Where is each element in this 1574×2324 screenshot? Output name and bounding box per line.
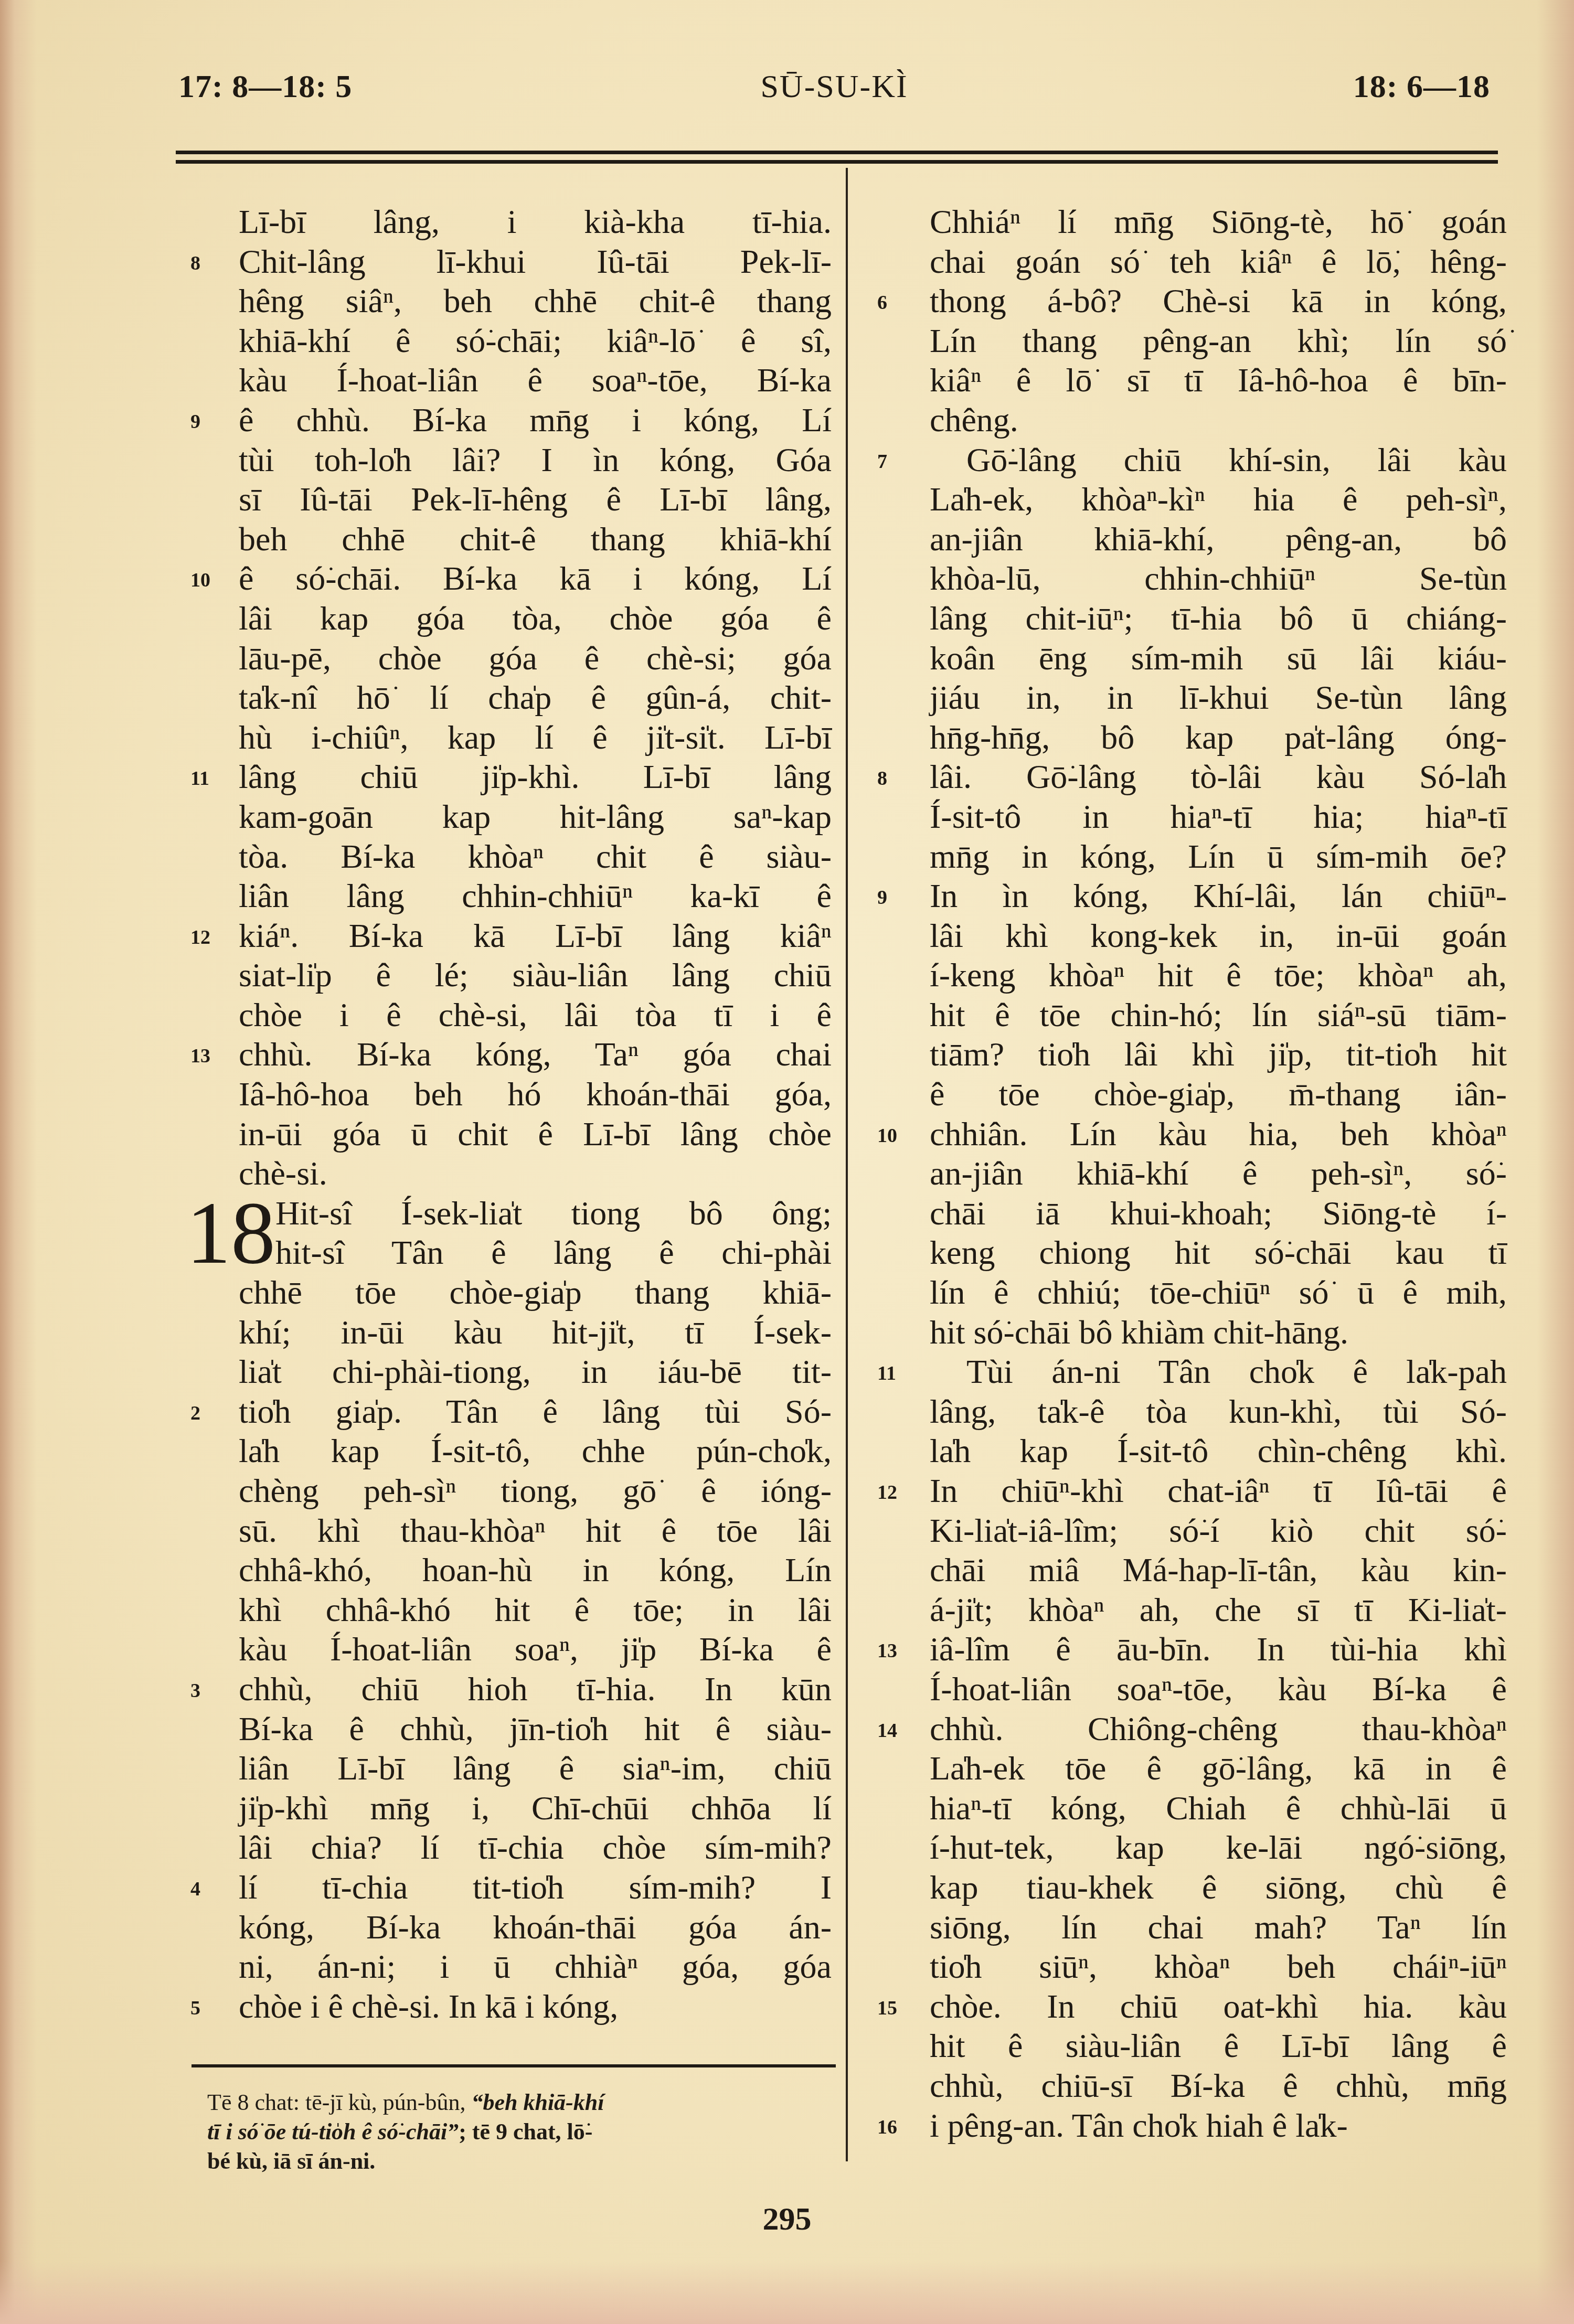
verse-number: 6 xyxy=(877,283,887,323)
line-text: hit-sî Tân ê lâng ê chi-phài xyxy=(275,1234,832,1271)
text-line: Iâ-hô-hoa beh hó khoán-thāi góa, xyxy=(239,1074,832,1114)
text-line: hit ê tōe chin-hó; lín siáⁿ-sū tiām- xyxy=(930,995,1507,1035)
text-line: kàu Í-hoat-liân soaⁿ, ji̍p Bí-ka ê xyxy=(239,1629,832,1669)
text-line: khí; in-ūi kàu hit-ji̍t, tī Í-sek- xyxy=(239,1313,832,1352)
text-line: 8lâi. Gō͘-lâng tò-lâi kàu Só-la̍h xyxy=(930,757,1507,797)
verse-number: 7 xyxy=(877,442,887,482)
line-text: tòa. Bí-ka khòaⁿ chit ê siàu- xyxy=(239,838,832,875)
right-text-column: Chhiáⁿ lí mn̄g Siōng-tè, hō͘ goánchai go… xyxy=(930,202,1507,2145)
line-text: Lī-bī lâng, i kià-kha tī-hia. xyxy=(239,203,832,240)
line-text: hit ê tōe chin-hó; lín siáⁿ-sū tiām- xyxy=(930,996,1507,1033)
line-text: chhù. Chiông-chêng thau-khòaⁿ xyxy=(930,1710,1507,1747)
text-line: Lī-bī lâng, i kià-kha tī-hia. xyxy=(239,202,832,242)
text-line: Bí-ka ê chhù, jīn-tio̍h hit ê siàu- xyxy=(239,1709,832,1749)
line-text: lí tī-chia tit-tio̍h sím-mih? I xyxy=(239,1869,832,1906)
line-text: siōng, lín chai mah? Taⁿ lín xyxy=(930,1909,1507,1946)
text-line: lâng, ta̍k-ê tòa kun-khì, tùi Só- xyxy=(930,1392,1507,1432)
running-header: 17: 8—18: 5 SŪ-SU-KÌ 18: 6—18 xyxy=(173,63,1495,115)
verse-number: 12 xyxy=(877,1473,897,1513)
line-text: In ìn kóng, Khí-lâi, lán chiūⁿ- xyxy=(930,877,1507,914)
text-line: í-keng khòaⁿ hit ê tōe; khòaⁿ ah, xyxy=(930,955,1507,995)
header-right-reference: 18: 6—18 xyxy=(1353,68,1490,105)
text-line: chhē tōe chòe-gia̍p thang khiā- xyxy=(239,1273,832,1313)
text-line: lâi kap góa tòa, chòe góa ê xyxy=(239,599,832,638)
line-text: hn̄g-hn̄g, bô kap pa̍t-lâng óng- xyxy=(930,719,1507,756)
footnote-text: ; tē 9 chat, lō͘- xyxy=(459,2119,592,2145)
verse-number: 13 xyxy=(877,1632,897,1671)
line-text: chêng. xyxy=(930,401,1018,439)
verse-number: 14 xyxy=(877,1711,897,1751)
footnote-quote: “beh khiā-khí xyxy=(471,2090,604,2115)
line-text: chhù, chiū hioh tī-hia. In kūn xyxy=(239,1670,832,1708)
line-text: koân ēng sím-mih sū lâi kiáu- xyxy=(930,639,1507,677)
text-line: í-hut-tek, kap ke-lāi ngó͘-siōng, xyxy=(930,1828,1507,1868)
line-text: chhiân. Lín kàu hia, beh khòaⁿ xyxy=(930,1115,1507,1153)
text-line: kiâⁿ ê lō͘ sī tī Iâ-hô-hoa ê bīn- xyxy=(930,360,1507,400)
line-text: an-jiân khiā-khí ê peh-sìⁿ, só͘- xyxy=(930,1155,1507,1192)
line-text: lâi kap góa tòa, chòe góa ê xyxy=(239,600,832,637)
text-line: khì chhâ-khó hit ê tōe; in lâi xyxy=(239,1590,832,1630)
line-text: kàu Í-hoat-liân ê soaⁿ-tōe, Bí-ka xyxy=(239,361,832,399)
text-line: chāi miâ Má-hap-lī-tân, kàu kin- xyxy=(930,1550,1507,1590)
line-text: lāu-pē, chòe góa ê chè-si; góa xyxy=(239,639,832,677)
verse-number: 15 xyxy=(877,1989,897,2029)
text-line: á-ji̍t; khòaⁿ ah, che sī tī Ki-lia̍t- xyxy=(930,1590,1507,1630)
line-text: kóng, Bí-ka khoán-thāi góa án- xyxy=(239,1909,832,1946)
text-line: ji̍p-khì mn̄g i, Chī-chūi chhōa lí xyxy=(239,1788,832,1828)
line-text: chhē tōe chòe-gia̍p thang khiā- xyxy=(239,1274,832,1311)
line-text: lâi. Gō͘-lâng tò-lâi kàu Só-la̍h xyxy=(930,758,1507,795)
verse-number: 5 xyxy=(190,1989,200,2029)
text-line: La̍h-ek tōe ê gō͘-lâng, kā in ê xyxy=(930,1749,1507,1788)
line-text: iâ-lîm ê āu-bīn. In tùi-hia khì xyxy=(930,1630,1507,1668)
line-text: lâi khì kong-kek in, in-ūi goán xyxy=(930,917,1507,954)
line-text: Bí-ka ê chhù, jīn-tio̍h hit ê siàu- xyxy=(239,1710,832,1747)
line-text: Iâ-hô-hoa beh hó khoán-thāi góa, xyxy=(239,1075,832,1113)
line-text: ê chhù. Bí-ka mn̄g i kóng, Lí xyxy=(239,401,832,439)
line-text: chāi miâ Má-hap-lī-tân, kàu kin- xyxy=(930,1551,1507,1589)
line-text: mn̄g in kóng, Lín ū sím-mih ōe? xyxy=(930,838,1507,875)
verse-number: 12 xyxy=(190,918,210,958)
text-line: hù i-chiûⁿ, kap lí ê ji̍t-si̍t. Lī-bī xyxy=(239,718,832,758)
text-line: 13chhù. Bí-ka kóng, Taⁿ góa chai xyxy=(239,1035,832,1074)
text-line: hêng siâⁿ, beh chhē chit-ê thang xyxy=(239,281,832,321)
text-line: 9In ìn kóng, Khí-lâi, lán chiūⁿ- xyxy=(930,876,1507,916)
verse-number: 4 xyxy=(190,1870,200,1910)
line-text: khí; in-ūi kàu hit-ji̍t, tī Í-sek- xyxy=(239,1314,832,1351)
line-text: Í-sit-tô in hiaⁿ-tī hia; hiaⁿ-tī xyxy=(930,798,1507,835)
text-line: hit-sî Tân ê lâng ê chi-phài xyxy=(239,1233,832,1273)
footnote-line: bé kù, iā sī án-ni. xyxy=(207,2147,837,2176)
line-text: La̍h-ek, khòaⁿ-kìⁿ hia ê peh-sìⁿ, xyxy=(930,481,1507,518)
line-text: kiáⁿ. Bí-ka kā Lī-bī lâng kiâⁿ xyxy=(239,917,832,954)
text-line: kóng, Bí-ka khoán-thāi góa án- xyxy=(239,1907,832,1947)
line-text: lâng chiū ji̍p-khì. Lī-bī lâng xyxy=(239,758,832,795)
text-line: sī Iû-tāi Pek-lī-hêng ê Lī-bī lâng, xyxy=(239,479,832,519)
line-text: chòe. In chiū oat-khì hia. kàu xyxy=(930,1988,1507,2025)
text-line: siōng, lín chai mah? Taⁿ lín xyxy=(930,1907,1507,1947)
text-line: 13iâ-lîm ê āu-bīn. In tùi-hia khì xyxy=(930,1629,1507,1669)
line-text: an-jiân khiā-khí, pêng-an, bô xyxy=(930,520,1507,558)
page-edge-left xyxy=(0,0,37,2324)
text-line: lín ê chhiú; tōe-chiūⁿ só͘ ū ê mih, xyxy=(930,1273,1507,1313)
text-line: La̍h-ek, khòaⁿ-kìⁿ hia ê peh-sìⁿ, xyxy=(930,479,1507,519)
line-text: Lín thang pêng-an khì; lín só͘ xyxy=(930,322,1507,359)
line-text: lâng chit-iūⁿ; tī-hia bô ū chiáng- xyxy=(930,600,1507,637)
text-line: 12kiáⁿ. Bí-ka kā Lī-bī lâng kiâⁿ xyxy=(239,916,832,956)
line-text: Hit-sî Í-sek-lia̍t tiong bô ông; xyxy=(275,1195,832,1232)
book-page: 17: 8—18: 5 SŪ-SU-KÌ 18: 6—18 Lī-bī lâng… xyxy=(0,0,1574,2324)
line-text: la̍h kap Í-sit-tô, chhe pún-cho̍k, xyxy=(239,1432,832,1469)
line-text: tio̍h gia̍p. Tân ê lâng tùi Só- xyxy=(239,1393,832,1430)
line-text: chāi iā khui-khoah; Siōng-tè í- xyxy=(930,1195,1507,1232)
text-line: in-ūi góa ū chit ê Lī-bī lâng chòe xyxy=(239,1114,832,1154)
line-text: khòa-lū, chhin-chhiūⁿ Se-tùn xyxy=(930,560,1507,597)
line-text: jiáu in, in lī-khui Se-tùn lâng xyxy=(930,679,1507,716)
line-text: la̍h kap Í-sit-tô chìn-chêng khì. xyxy=(930,1432,1507,1469)
text-line: koân ēng sím-mih sū lâi kiáu- xyxy=(930,638,1507,678)
text-line: sū. khì thau-khòaⁿ hit ê tōe lâi xyxy=(239,1511,832,1551)
verse-number: 10 xyxy=(877,1116,897,1156)
text-line: khiā-khí ê só͘-chāi; kiâⁿ-lō͘ ê sî, xyxy=(239,321,832,361)
line-text: liân lâng chhin-chhiūⁿ ka-kī ê xyxy=(239,877,832,914)
line-text: lia̍t chi-phài-tiong, in iáu-bē tit- xyxy=(239,1353,832,1390)
text-line: 15chòe. In chiū oat-khì hia. kàu xyxy=(930,1987,1507,2027)
text-line: mn̄g in kóng, Lín ū sím-mih ōe? xyxy=(930,837,1507,877)
text-line: tòa. Bí-ka khòaⁿ chit ê siàu- xyxy=(239,837,832,877)
line-text: lín ê chhiú; tōe-chiūⁿ só͘ ū ê mih, xyxy=(930,1274,1507,1311)
text-line: lâng chit-iūⁿ; tī-hia bô ū chiáng- xyxy=(930,599,1507,638)
line-text: chòe i ê chè-si. In kā i kóng, xyxy=(239,1988,618,2025)
line-text: Tùi án-ni Tân cho̍k ê la̍k-pah xyxy=(966,1353,1507,1390)
line-text: hêng siâⁿ, beh chhē chit-ê thang xyxy=(239,282,832,319)
text-line: siat-li̍p ê lé; siàu-liân lâng chiū xyxy=(239,955,832,995)
line-text: keng chiong hit só͘-chāi kau tī xyxy=(930,1234,1507,1271)
text-line: tio̍h siūⁿ, khòaⁿ beh cháiⁿ-iūⁿ xyxy=(930,1947,1507,1987)
line-text: beh chhē chit-ê thang khiā-khí xyxy=(239,520,832,558)
text-line: chêng. xyxy=(930,400,1507,440)
text-line: chai goán só͘ teh kiâⁿ ê lō͘, hêng- xyxy=(930,242,1507,282)
text-line: tiām? tio̍h lâi khì ji̍p, tit-tio̍h hit xyxy=(930,1035,1507,1074)
text-line: chè-si. xyxy=(239,1154,832,1193)
verse-number: 10 xyxy=(190,561,210,601)
line-text: kiâⁿ ê lō͘ sī tī Iâ-hô-hoa ê bīn- xyxy=(930,361,1507,399)
text-line: kam-goān kap hit-lâng saⁿ-kap xyxy=(239,797,832,837)
line-text: hit ê siàu-liân ê Lī-bī lâng ê xyxy=(930,2027,1507,2064)
text-line: tùi toh-lo̍h lâi? I ìn kóng, Góa xyxy=(239,440,832,480)
text-line: kàu Í-hoat-liân ê soaⁿ-tōe, Bí-ka xyxy=(239,360,832,400)
line-text: ta̍k-nî hō͘ lí cha̍p ê gûn-á, chit- xyxy=(239,679,832,716)
line-text: á-ji̍t; khòaⁿ ah, che sī tī Ki-lia̍t- xyxy=(930,1591,1507,1628)
text-line: hiaⁿ-tī kóng, Chiah ê chhù-lāi ū xyxy=(930,1788,1507,1828)
verse-number: 16 xyxy=(877,2108,897,2148)
text-line: 6thong á-bô? Chè-si kā in kóng, xyxy=(930,281,1507,321)
text-line: 16i pêng-an. Tân cho̍k hiah ê la̍k- xyxy=(930,2106,1507,2146)
verse-number: 2 xyxy=(190,1394,200,1434)
line-text: Ki-lia̍t-iâ-lîm; só͘-í kiò chit só͘- xyxy=(930,1512,1507,1549)
verse-number: 8 xyxy=(190,244,200,284)
line-text: La̍h-ek tōe ê gō͘-lâng, kā in ê xyxy=(930,1750,1507,1787)
text-line: la̍h kap Í-sit-tô, chhe pún-cho̍k, xyxy=(239,1431,832,1471)
text-line: Í-hoat-liân soaⁿ-tōe, kàu Bí-ka ê xyxy=(930,1669,1507,1709)
line-text: chèng peh-sìⁿ tiong, gō͘ ê ióng- xyxy=(239,1472,832,1509)
line-text: tio̍h siūⁿ, khòaⁿ beh cháiⁿ-iūⁿ xyxy=(930,1948,1507,1985)
line-text: chhù. Bí-ka kóng, Taⁿ góa chai xyxy=(239,1036,832,1073)
line-text: siat-li̍p ê lé; siàu-liân lâng chiū xyxy=(239,956,832,994)
text-line: khòa-lū, chhin-chhiūⁿ Se-tùn xyxy=(930,559,1507,599)
text-line: Í-sit-tô in hiaⁿ-tī hia; hiaⁿ-tī xyxy=(930,797,1507,837)
text-line: 10ê só͘-chāi. Bí-ka kā i kóng, Lí xyxy=(239,559,832,599)
text-line: ê tōe chòe-gia̍p, m̄-thang iân- xyxy=(930,1074,1507,1114)
header-book-title: SŪ-SU-KÌ xyxy=(173,68,1495,105)
text-line: 3chhù, chiū hioh tī-hia. In kūn xyxy=(239,1669,832,1709)
line-text: ê tōe chòe-gia̍p, m̄-thang iân- xyxy=(930,1075,1507,1113)
footnote-text: Tē 8 chat: tē-jī kù, pún-bûn, xyxy=(207,2090,471,2115)
footnote-line: tī i só͘ ōe tú-tio̍h ê só͘-chāi”; tē 9 c… xyxy=(207,2117,837,2147)
text-line: hit só͘-chāi bô khiàm chit-hāng. xyxy=(930,1313,1507,1352)
line-text: ni, án-ni; i ū chhiàⁿ góa, góa xyxy=(239,1948,832,1985)
text-line: Lín thang pêng-an khì; lín só͘ xyxy=(930,321,1507,361)
text-line: 5chòe i ê chè-si. In kā i kóng, xyxy=(239,1987,832,2027)
text-line: 12In chiūⁿ-khì chat-iâⁿ tī Iû-tāi ê xyxy=(930,1471,1507,1511)
text-line: chhâ-khó, hoan-hù in kóng, Lín xyxy=(239,1550,832,1590)
text-line: hn̄g-hn̄g, bô kap pa̍t-lâng óng- xyxy=(930,718,1507,758)
column-divider xyxy=(846,168,848,2161)
text-line: 11lâng chiū ji̍p-khì. Lī-bī lâng xyxy=(239,757,832,797)
text-line: 2tio̍h gia̍p. Tân ê lâng tùi Só- xyxy=(239,1392,832,1432)
line-text: hù i-chiûⁿ, kap lí ê ji̍t-si̍t. Lī-bī xyxy=(239,719,832,756)
text-line: kap tiau-khek ê siōng, chù ê xyxy=(930,1868,1507,1907)
text-line: beh chhē chit-ê thang khiā-khí xyxy=(239,519,832,559)
text-line: 7Gō͘-lâng chiū khí-sin, lâi kàu xyxy=(930,440,1507,480)
line-text: khiā-khí ê só͘-chāi; kiâⁿ-lō͘ ê sî, xyxy=(239,322,832,359)
verse-number: 11 xyxy=(877,1354,896,1394)
line-text: chòe i ê chè-si, lâi tòa tī i ê xyxy=(239,996,832,1033)
header-rule-bottom xyxy=(176,160,1498,164)
text-line: lia̍t chi-phài-tiong, in iáu-bē tit- xyxy=(239,1352,832,1392)
footnote-line: Tē 8 chat: tē-jī kù, pún-bûn, “beh khiā-… xyxy=(207,2088,837,2117)
line-text: lâi chia? lí tī-chia chòe sím-mih? xyxy=(239,1829,832,1866)
text-line: Chhiáⁿ lí mn̄g Siōng-tè, hō͘ goán xyxy=(930,202,1507,242)
line-text: thong á-bô? Chè-si kā in kóng, xyxy=(930,282,1507,319)
text-line: 8Chit-lâng lī-khui Iû-tāi Pek-lī- xyxy=(239,242,832,282)
text-line: an-jiân khiā-khí ê peh-sìⁿ, só͘- xyxy=(930,1154,1507,1193)
verse-number: 11 xyxy=(190,759,209,799)
line-text: ji̍p-khì mn̄g i, Chī-chūi chhōa lí xyxy=(239,1789,832,1827)
line-text: hit só͘-chāi bô khiàm chit-hāng. xyxy=(930,1314,1348,1351)
footnote: Tē 8 chat: tē-jī kù, pún-bûn, “beh khiā-… xyxy=(207,2088,837,2176)
line-text: í-keng khòaⁿ hit ê tōe; khòaⁿ ah, xyxy=(930,956,1507,994)
text-line: an-jiân khiā-khí, pêng-an, bô xyxy=(930,519,1507,559)
line-text: tiām? tio̍h lâi khì ji̍p, tit-tio̍h hit xyxy=(930,1036,1507,1073)
text-line: chòe i ê chè-si, lâi tòa tī i ê xyxy=(239,995,832,1035)
text-line: 4lí tī-chia tit-tio̍h sím-mih? I xyxy=(239,1868,832,1907)
line-text: sū. khì thau-khòaⁿ hit ê tōe lâi xyxy=(239,1512,832,1549)
text-line: chāi iā khui-khoah; Siōng-tè í- xyxy=(930,1193,1507,1233)
line-text: tùi toh-lo̍h lâi? I ìn kóng, Góa xyxy=(239,441,832,478)
line-text: Í-hoat-liân soaⁿ-tōe, kàu Bí-ka ê xyxy=(930,1670,1507,1708)
text-line: liân Lī-bī lâng ê siaⁿ-im, chiū xyxy=(239,1749,832,1788)
text-line: la̍h kap Í-sit-tô chìn-chêng khì. xyxy=(930,1431,1507,1471)
text-line: 14chhù. Chiông-chêng thau-khòaⁿ xyxy=(930,1709,1507,1749)
line-text: chai goán só͘ teh kiâⁿ ê lō͘, hêng- xyxy=(930,243,1507,280)
footnote-quote: tī i só͘ ōe tú-tio̍h ê só͘-chāi” xyxy=(207,2119,459,2145)
text-line: liân lâng chhin-chhiūⁿ ka-kī ê xyxy=(239,876,832,916)
line-text: ê só͘-chāi. Bí-ka kā i kóng, Lí xyxy=(239,560,832,597)
text-line: lâi khì kong-kek in, in-ūi goán xyxy=(930,916,1507,956)
text-line: keng chiong hit só͘-chāi kau tī xyxy=(930,1233,1507,1273)
line-text: khì chhâ-khó hit ê tōe; in lâi xyxy=(239,1591,832,1628)
text-line: 11Tùi án-ni Tân cho̍k ê la̍k-pah xyxy=(930,1352,1507,1392)
line-text: i pêng-an. Tân cho̍k hiah ê la̍k- xyxy=(930,2107,1348,2144)
text-line: 10chhiân. Lín kàu hia, beh khòaⁿ xyxy=(930,1114,1507,1154)
text-line: ta̍k-nî hō͘ lí cha̍p ê gûn-á, chit- xyxy=(239,678,832,718)
text-line: lâi chia? lí tī-chia chòe sím-mih? xyxy=(239,1828,832,1868)
page-edge-bottom xyxy=(0,2261,1574,2324)
verse-number: 13 xyxy=(190,1037,210,1076)
page-number: 295 xyxy=(0,2201,1574,2238)
page-edge-right xyxy=(1537,0,1574,2324)
text-line: jiáu in, in lī-khui Se-tùn lâng xyxy=(930,678,1507,718)
line-text: chhù, chiū-sī Bí-ka ê chhù, mn̄g xyxy=(930,2067,1507,2104)
text-line: 18Hit-sî Í-sek-lia̍t tiong bô ông; xyxy=(239,1193,832,1233)
line-text: lâng, ta̍k-ê tòa kun-khì, tùi Só- xyxy=(930,1393,1507,1430)
line-text: kàu Í-hoat-liân soaⁿ, ji̍p Bí-ka ê xyxy=(239,1630,832,1668)
text-line: ni, án-ni; i ū chhiàⁿ góa, góa xyxy=(239,1947,832,1987)
line-text: In chiūⁿ-khì chat-iâⁿ tī Iû-tāi ê xyxy=(930,1472,1507,1509)
text-line: lāu-pē, chòe góa ê chè-si; góa xyxy=(239,638,832,678)
line-text: Chit-lâng lī-khui Iû-tāi Pek-lī- xyxy=(239,243,832,280)
line-text: kap tiau-khek ê siōng, chù ê xyxy=(930,1869,1507,1906)
line-text: in-ūi góa ū chit ê Lī-bī lâng chòe xyxy=(239,1115,832,1153)
verse-number: 9 xyxy=(877,878,887,918)
verse-number: 3 xyxy=(190,1671,200,1711)
line-text: Chhiáⁿ lí mn̄g Siōng-tè, hō͘ goán xyxy=(930,203,1507,240)
verse-number: 9 xyxy=(190,402,200,442)
line-text: chhâ-khó, hoan-hù in kóng, Lín xyxy=(239,1551,832,1589)
line-text: hiaⁿ-tī kóng, Chiah ê chhù-lāi ū xyxy=(930,1789,1507,1827)
verse-number: 8 xyxy=(877,759,887,799)
line-text: Gō͘-lâng chiū khí-sin, lâi kàu xyxy=(966,441,1507,478)
header-rule-top xyxy=(176,151,1498,154)
left-text-column: Lī-bī lâng, i kià-kha tī-hia.8Chit-lâng … xyxy=(239,202,832,2026)
text-line: Ki-lia̍t-iâ-lîm; só͘-í kiò chit só͘- xyxy=(930,1511,1507,1551)
text-line: hit ê siàu-liân ê Lī-bī lâng ê xyxy=(930,2026,1507,2066)
line-text: kam-goān kap hit-lâng saⁿ-kap xyxy=(239,798,832,835)
text-line: 9ê chhù. Bí-ka mn̄g i kóng, Lí xyxy=(239,400,832,440)
line-text: í-hut-tek, kap ke-lāi ngó͘-siōng, xyxy=(930,1829,1507,1866)
line-text: liân Lī-bī lâng ê siaⁿ-im, chiū xyxy=(239,1750,832,1787)
text-line: chèng peh-sìⁿ tiong, gō͘ ê ióng- xyxy=(239,1471,832,1511)
footnote-rule xyxy=(192,2064,836,2067)
line-text: sī Iû-tāi Pek-lī-hêng ê Lī-bī lâng, xyxy=(239,481,832,518)
text-line: chhù, chiū-sī Bí-ka ê chhù, mn̄g xyxy=(930,2066,1507,2106)
